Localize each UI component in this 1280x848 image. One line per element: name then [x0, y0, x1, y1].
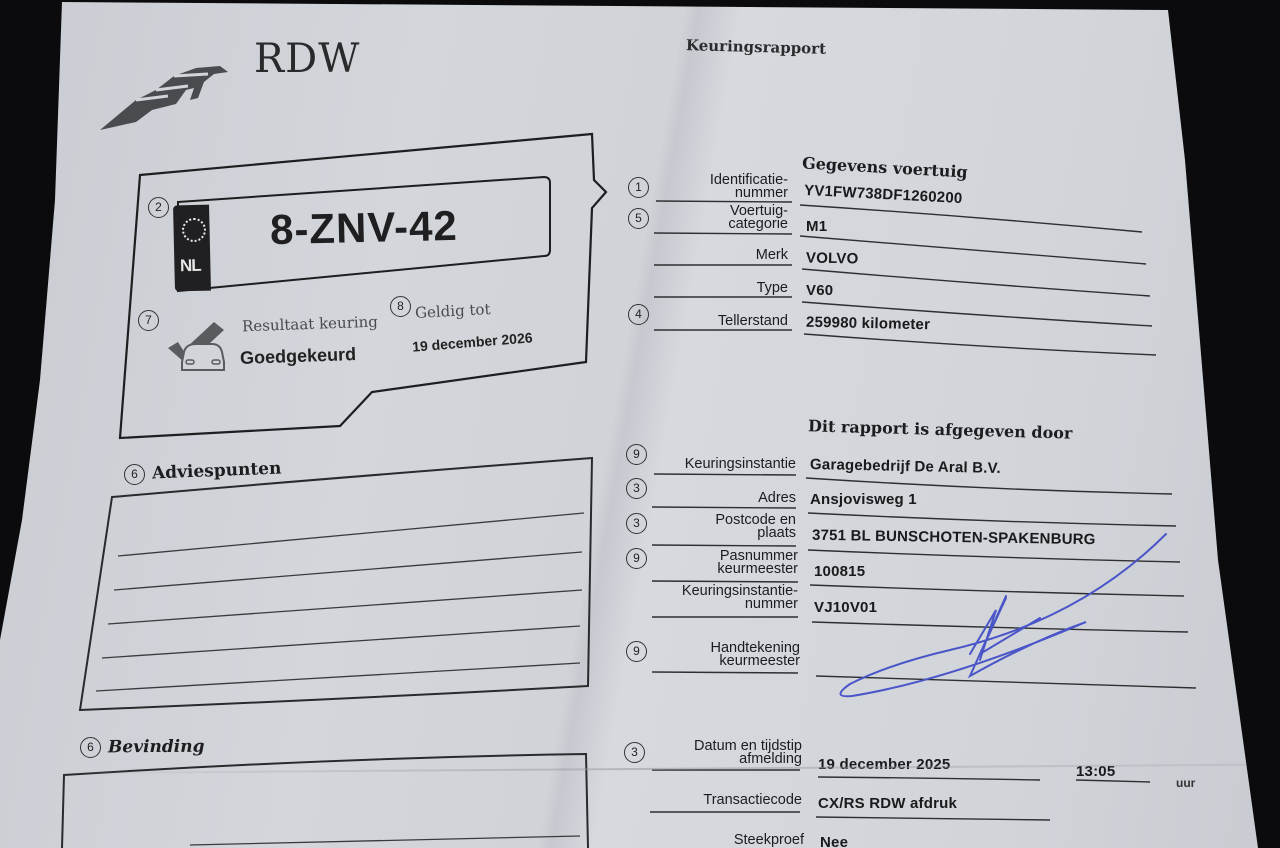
field-label-odometer: Tellerstand	[618, 315, 788, 328]
address-value: Ansjovisweg 1	[810, 491, 917, 508]
sample-value: Nee	[820, 834, 848, 848]
time-unit: uur	[1176, 776, 1195, 790]
transaction-code-value: CX/RS RDW afdruk	[818, 795, 957, 812]
field-label-station-number: Keuringsinstantie- nummer	[628, 585, 798, 611]
field-label-category: Voertuig- categorie	[618, 205, 788, 231]
field-label-station: Keuringsinstantie	[626, 458, 796, 471]
field-label-vin: Identificatie- nummer	[618, 174, 788, 200]
odometer-value: 259980 kilometer	[806, 314, 930, 334]
field-label-make: Merk	[618, 249, 788, 262]
date-value: 19 december 2025	[818, 756, 950, 773]
field-label-postcode: Postcode en plaats	[626, 514, 796, 540]
make-value: VOLVO	[806, 250, 859, 268]
type-value: V60	[806, 282, 833, 299]
inspector-signature	[830, 530, 1170, 710]
field-label-address: Adres	[626, 492, 796, 505]
field-label-inspector-pass: Pasnummer keurmeester	[628, 550, 798, 576]
field-label-sample: Steekproef	[634, 834, 804, 847]
field-rules	[0, 0, 1280, 848]
field-label-transaction-code: Transactiecode	[632, 794, 802, 807]
field-label-datetime: Datum en tijdstip afmelding	[632, 740, 802, 766]
field-label-signature: Handtekening keurmeester	[630, 642, 800, 668]
report-paper: RDW 2 NL 8-ZNV-42 7 Resultaat keuring Go…	[0, 0, 1280, 848]
field-label-type: Type	[618, 282, 788, 295]
category-value: M1	[806, 218, 827, 235]
